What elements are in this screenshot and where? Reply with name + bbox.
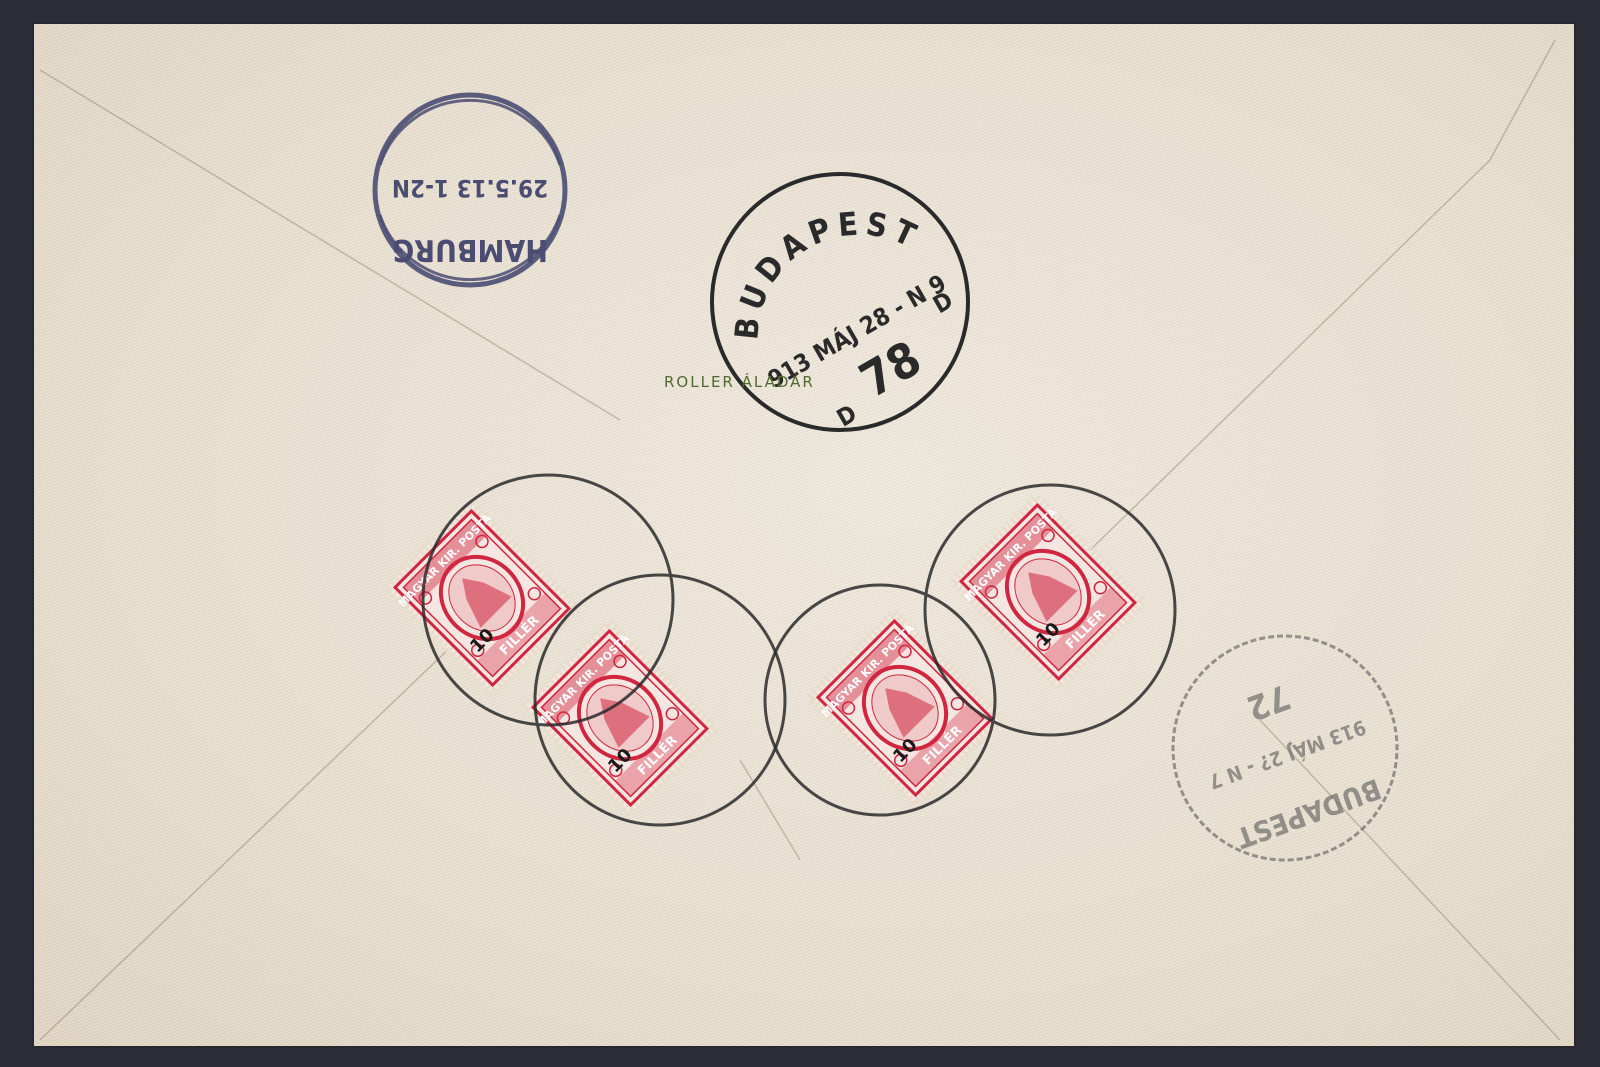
svg-text:BUDAPEST: BUDAPEST xyxy=(694,164,938,356)
postmark-hamburg-date: 29.5.13 1-2N xyxy=(392,174,548,202)
envelope-details: HAMBURG 29.5.13 1-2N BUDAPEST 913 MÁJ 28… xyxy=(0,0,1600,1067)
postmark-budapest-main: BUDAPEST 913 MÁJ 28 - N 9 78 D D xyxy=(665,127,1015,477)
postmark-hamburg: HAMBURG 29.5.13 1-2N xyxy=(375,95,565,285)
postmark-cancel-right xyxy=(765,485,1175,815)
stamp: MAGYAR KIR. POSTA FILLÉR 10 xyxy=(384,500,579,695)
stamp: MAGYAR KIR. POSTA FILLÉR 10 xyxy=(522,620,717,815)
postmark-budapest-city: BUDAPEST xyxy=(694,164,938,356)
postmark-faint-city: BUDAPEST xyxy=(1231,772,1385,855)
postmark-faint-office: 72 xyxy=(1241,676,1295,728)
sender-imprint: ROLLER ÁLADÁR xyxy=(664,373,815,391)
postmark-faint-date: 913 MÁJ 2? - N 7 xyxy=(1206,715,1370,794)
flap-fold-lines xyxy=(40,40,1560,1040)
postmark-budapest-faint: BUDAPEST 913 MÁJ 2? - N 7 72 xyxy=(1141,604,1428,891)
postmark-hamburg-city: HAMBURG xyxy=(392,232,548,267)
